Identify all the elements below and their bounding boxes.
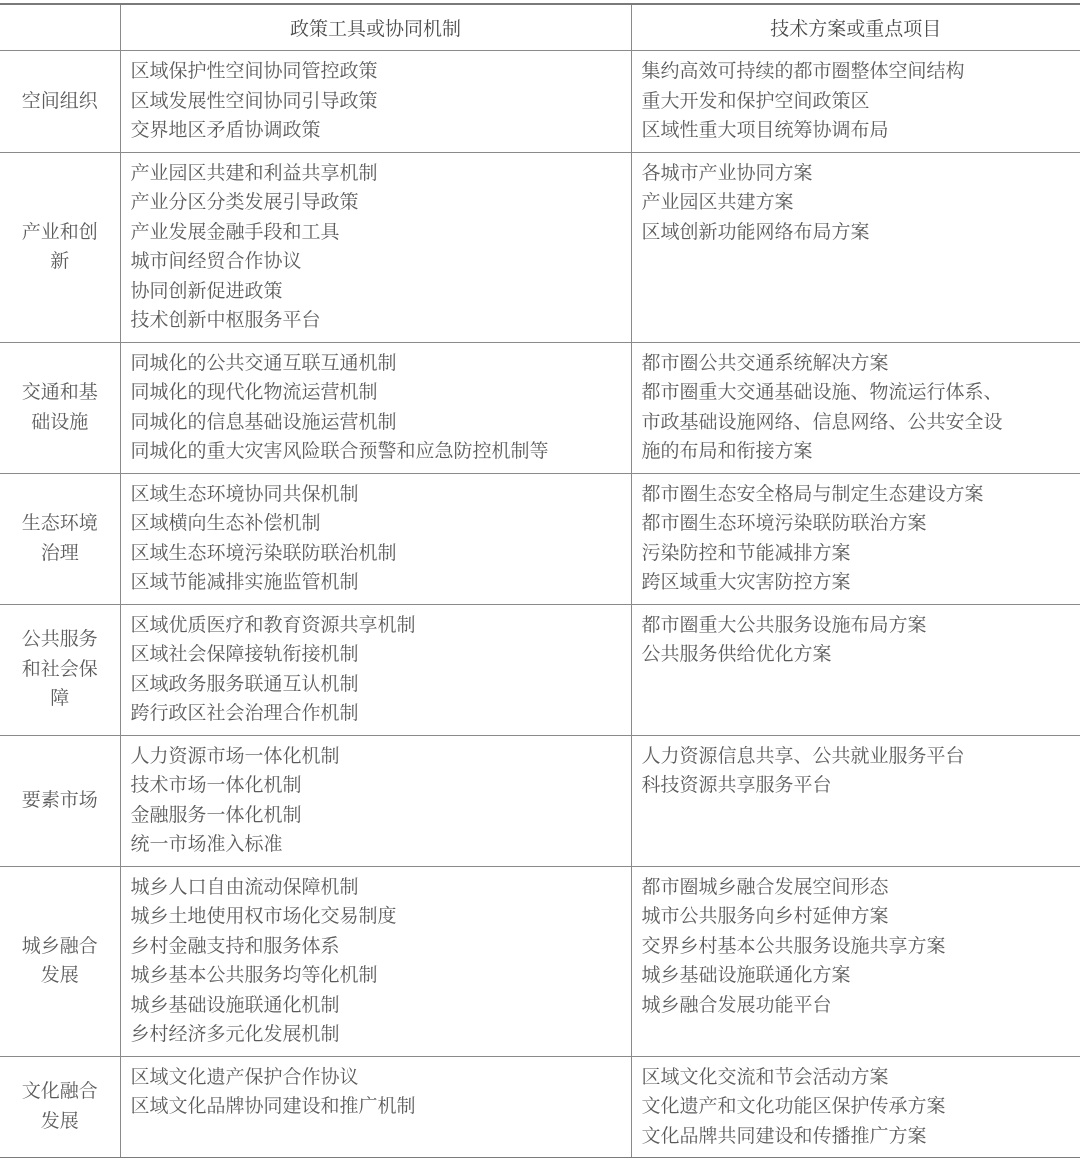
- category-cell: 生态环境治理: [0, 473, 120, 604]
- projects-cell: 都市圈生态安全格局与制定生态建设方案都市圈生态环境污染联防联治方案污染防控和节能…: [631, 473, 1080, 604]
- policy-item: 同城化的重大灾害风险联合预警和应急防控机制等: [131, 437, 621, 467]
- header-category: [0, 4, 120, 51]
- category-cell: 交通和基础设施: [0, 342, 120, 473]
- header-projects: 技术方案或重点项目: [631, 4, 1080, 51]
- project-item: 区域创新功能网络布局方案: [642, 218, 1071, 248]
- policy-item: 区域政务服务联通互认机制: [131, 670, 621, 700]
- policy-item: 区域文化遗产保护合作协议: [131, 1063, 621, 1093]
- policy-item: 区域保护性空间协同管控政策: [131, 57, 621, 87]
- policies-cell: 区域保护性空间协同管控政策区域发展性空间协同引导政策交界地区矛盾协调政策: [120, 51, 631, 153]
- project-item: 都市圈重大公共服务设施布局方案: [642, 611, 1071, 641]
- policy-item: 城乡基本公共服务均等化机制: [131, 961, 621, 991]
- project-item: 文化品牌共同建设和传播推广方案: [642, 1122, 1071, 1152]
- category-cell: 文化融合发展: [0, 1056, 120, 1158]
- project-item: 都市圈重大交通基础设施、物流运行体系、: [642, 378, 1071, 408]
- policy-item: 统一市场准入标准: [131, 830, 621, 860]
- table-row: 产业和创新产业园区共建和利益共享机制产业分区分类发展引导政策产业发展金融手段和工…: [0, 152, 1080, 342]
- projects-cell: 都市圈重大公共服务设施布局方案公共服务供给优化方案: [631, 604, 1080, 735]
- projects-cell: 集约高效可持续的都市圈整体空间结构重大开发和保护空间政策区区域性重大项目统筹协调…: [631, 51, 1080, 153]
- project-item: 都市圈生态环境污染联防联治方案: [642, 509, 1071, 539]
- project-item: 产业园区共建方案: [642, 188, 1071, 218]
- category-cell: 产业和创新: [0, 152, 120, 342]
- policy-item: 同城化的现代化物流运营机制: [131, 378, 621, 408]
- policy-item: 区域节能减排实施监管机制: [131, 568, 621, 598]
- project-item: 公共服务供给优化方案: [642, 640, 1071, 670]
- policy-item: 技术市场一体化机制: [131, 771, 621, 801]
- policy-item: 乡村经济多元化发展机制: [131, 1020, 621, 1050]
- category-line: 治理: [6, 539, 114, 569]
- project-item: 都市圈公共交通系统解决方案: [642, 349, 1071, 379]
- policy-item: 区域生态环境协同共保机制: [131, 480, 621, 510]
- category-line: 和社会保: [6, 655, 114, 685]
- policies-cell: 人力资源市场一体化机制技术市场一体化机制金融服务一体化机制统一市场准入标准: [120, 735, 631, 866]
- project-item: 城市公共服务向乡村延伸方案: [642, 902, 1071, 932]
- project-item: 城乡融合发展功能平台: [642, 991, 1071, 1021]
- policy-item: 区域发展性空间协同引导政策: [131, 87, 621, 117]
- policies-cell: 区域优质医疗和教育资源共享机制区域社会保障接轨衔接机制区域政务服务联通互认机制跨…: [120, 604, 631, 735]
- policy-item: 区域横向生态补偿机制: [131, 509, 621, 539]
- project-item: 区域文化交流和节会活动方案: [642, 1063, 1071, 1093]
- policy-item: 区域社会保障接轨衔接机制: [131, 640, 621, 670]
- table-row: 要素市场人力资源市场一体化机制技术市场一体化机制金融服务一体化机制统一市场准入标…: [0, 735, 1080, 866]
- project-item: 文化遗产和文化功能区保护传承方案: [642, 1092, 1071, 1122]
- project-item: 跨区域重大灾害防控方案: [642, 568, 1071, 598]
- category-line: 生态环境: [6, 509, 114, 539]
- policy-item: 区域优质医疗和教育资源共享机制: [131, 611, 621, 641]
- table-row: 空间组织区域保护性空间协同管控政策区域发展性空间协同引导政策交界地区矛盾协调政策…: [0, 51, 1080, 153]
- table-row: 公共服务和社会保障区域优质医疗和教育资源共享机制区域社会保障接轨衔接机制区域政务…: [0, 604, 1080, 735]
- policies-cell: 区域生态环境协同共保机制区域横向生态补偿机制区域生态环境污染联防联治机制区域节能…: [120, 473, 631, 604]
- category-line: 产业和创: [6, 218, 114, 248]
- projects-cell: 都市圈公共交通系统解决方案都市圈重大交通基础设施、物流运行体系、市政基础设施网络…: [631, 342, 1080, 473]
- policy-item: 城乡基础设施联通化机制: [131, 991, 621, 1021]
- policy-item: 城乡人口自由流动保障机制: [131, 873, 621, 903]
- policy-item: 产业分区分类发展引导政策: [131, 188, 621, 218]
- category-line: 公共服务: [6, 625, 114, 655]
- category-line: 新: [6, 247, 114, 277]
- policy-item: 同城化的信息基础设施运营机制: [131, 408, 621, 438]
- category-line: 空间组织: [6, 87, 114, 117]
- projects-cell: 都市圈城乡融合发展空间形态城市公共服务向乡村延伸方案交界乡村基本公共服务设施共享…: [631, 866, 1080, 1056]
- table-row: 文化融合发展区域文化遗产保护合作协议区域文化品牌协同建设和推广机制区域文化交流和…: [0, 1056, 1080, 1158]
- table-row: 城乡融合发展城乡人口自由流动保障机制城乡土地使用权市场化交易制度乡村金融支持和服…: [0, 866, 1080, 1056]
- category-line: 要素市场: [6, 786, 114, 816]
- category-line: 文化融合: [6, 1077, 114, 1107]
- project-item: 集约高效可持续的都市圈整体空间结构: [642, 57, 1071, 87]
- policy-item: 城乡土地使用权市场化交易制度: [131, 902, 621, 932]
- policy-item: 金融服务一体化机制: [131, 801, 621, 831]
- policy-item: 同城化的公共交通互联互通机制: [131, 349, 621, 379]
- project-item: 区域性重大项目统筹协调布局: [642, 116, 1071, 146]
- projects-cell: 区域文化交流和节会活动方案文化遗产和文化功能区保护传承方案文化品牌共同建设和传播…: [631, 1056, 1080, 1158]
- policies-cell: 城乡人口自由流动保障机制城乡土地使用权市场化交易制度乡村金融支持和服务体系城乡基…: [120, 866, 631, 1056]
- project-item: 各城市产业协同方案: [642, 159, 1071, 189]
- policies-cell: 区域文化遗产保护合作协议区域文化品牌协同建设和推广机制: [120, 1056, 631, 1158]
- category-line: 交通和基: [6, 378, 114, 408]
- header-policies: 政策工具或协同机制: [120, 4, 631, 51]
- category-line: 发展: [6, 1107, 114, 1137]
- category-cell: 城乡融合发展: [0, 866, 120, 1056]
- project-item: 人力资源信息共享、公共就业服务平台: [642, 742, 1071, 772]
- table-row: 生态环境治理区域生态环境协同共保机制区域横向生态补偿机制区域生态环境污染联防联治…: [0, 473, 1080, 604]
- header-row: 政策工具或协同机制 技术方案或重点项目: [0, 4, 1080, 51]
- category-cell: 要素市场: [0, 735, 120, 866]
- category-cell: 公共服务和社会保障: [0, 604, 120, 735]
- project-item: 交界乡村基本公共服务设施共享方案: [642, 932, 1071, 962]
- category-cell: 空间组织: [0, 51, 120, 153]
- policy-item: 城市间经贸合作协议: [131, 247, 621, 277]
- project-item: 市政基础设施网络、信息网络、公共安全设: [642, 408, 1071, 438]
- project-item: 城乡基础设施联通化方案: [642, 961, 1071, 991]
- project-item: 都市圈生态安全格局与制定生态建设方案: [642, 480, 1071, 510]
- table-row: 交通和基础设施同城化的公共交通互联互通机制同城化的现代化物流运营机制同城化的信息…: [0, 342, 1080, 473]
- project-item: 重大开发和保护空间政策区: [642, 87, 1071, 117]
- policies-cell: 产业园区共建和利益共享机制产业分区分类发展引导政策产业发展金融手段和工具城市间经…: [120, 152, 631, 342]
- category-line: 础设施: [6, 408, 114, 438]
- projects-cell: 人力资源信息共享、公共就业服务平台科技资源共享服务平台: [631, 735, 1080, 866]
- category-line: 障: [6, 684, 114, 714]
- policy-item: 协同创新促进政策: [131, 277, 621, 307]
- policy-item: 区域文化品牌协同建设和推广机制: [131, 1092, 621, 1122]
- project-item: 污染防控和节能减排方案: [642, 539, 1071, 569]
- policy-item: 交界地区矛盾协调政策: [131, 116, 621, 146]
- projects-cell: 各城市产业协同方案产业园区共建方案区域创新功能网络布局方案: [631, 152, 1080, 342]
- policy-item: 区域生态环境污染联防联治机制: [131, 539, 621, 569]
- policy-item: 产业发展金融手段和工具: [131, 218, 621, 248]
- policy-item: 产业园区共建和利益共享机制: [131, 159, 621, 189]
- category-line: 发展: [6, 961, 114, 991]
- policy-item: 技术创新中枢服务平台: [131, 306, 621, 336]
- project-item: 科技资源共享服务平台: [642, 771, 1071, 801]
- category-line: 城乡融合: [6, 932, 114, 962]
- policy-table: 政策工具或协同机制 技术方案或重点项目 空间组织区域保护性空间协同管控政策区域发…: [0, 3, 1080, 1158]
- policy-item: 人力资源市场一体化机制: [131, 742, 621, 772]
- project-item: 都市圈城乡融合发展空间形态: [642, 873, 1071, 903]
- project-item: 施的布局和衔接方案: [642, 437, 1071, 467]
- policy-item: 跨行政区社会治理合作机制: [131, 699, 621, 729]
- policies-cell: 同城化的公共交通互联互通机制同城化的现代化物流运营机制同城化的信息基础设施运营机…: [120, 342, 631, 473]
- policy-item: 乡村金融支持和服务体系: [131, 932, 621, 962]
